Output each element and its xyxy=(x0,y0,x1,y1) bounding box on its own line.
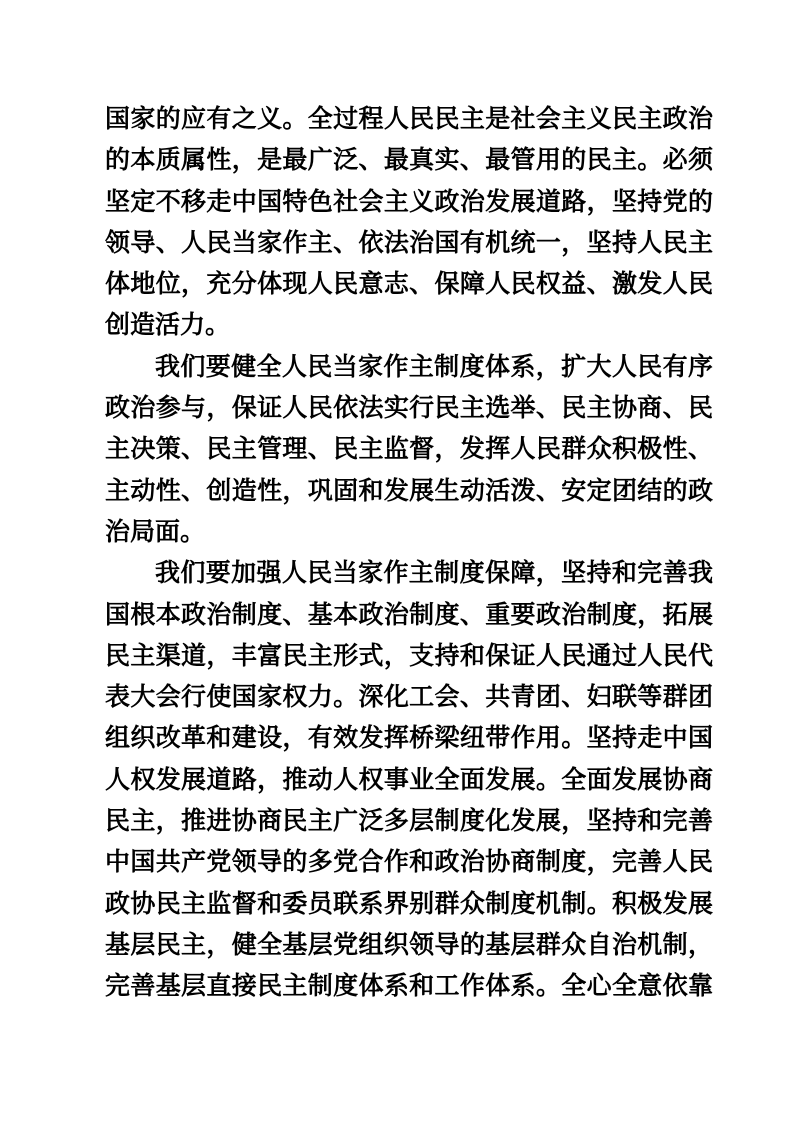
document-text-block: 国家的应有之义。全过程人民民主是社会主义民主政治 的本质属性，是最广泛、最真实、… xyxy=(105,99,713,1008)
text-line: 主动性、创造性，巩固和发展生动活泼、安定团结的政 xyxy=(105,471,713,512)
text-line: 国根本政治制度、基本政治制度、重要政治制度，拓展 xyxy=(105,595,713,636)
text-line: 治局面。 xyxy=(105,512,713,553)
text-line: 国家的应有之义。全过程人民民主是社会主义民主政治 xyxy=(105,99,713,140)
text-line: 民主，推进协商民主广泛多层制度化发展，坚持和完善 xyxy=(105,801,713,842)
text-line: 创造活力。 xyxy=(105,305,713,346)
paragraph: 我们要健全人民当家作主制度体系，扩大人民有序 政治参与，保证人民依法实行民主选举… xyxy=(105,347,713,553)
text-line: 基层民主，健全基层党组织领导的基层群众自治机制， xyxy=(105,925,713,966)
text-line: 的本质属性，是最广泛、最真实、最管用的民主。必须 xyxy=(105,140,713,181)
text-line: 民主渠道，丰富民主形式，支持和保证人民通过人民代 xyxy=(105,636,713,677)
text-line: 坚定不移走中国特色社会主义政治发展道路，坚持党的 xyxy=(105,182,713,223)
text-line: 完善基层直接民主制度体系和工作体系。全心全意依靠 xyxy=(105,966,713,1007)
text-line: 政治参与，保证人民依法实行民主选举、民主协商、民 xyxy=(105,388,713,429)
text-line: 政协民主监督和委员联系界别群众制度机制。积极发展 xyxy=(105,884,713,925)
text-line: 中国共产党领导的多党合作和政治协商制度，完善人民 xyxy=(105,842,713,883)
paragraph: 国家的应有之义。全过程人民民主是社会主义民主政治 的本质属性，是最广泛、最真实、… xyxy=(105,99,713,347)
text-line: 组织改革和建设，有效发挥桥梁纽带作用。坚持走中国 xyxy=(105,718,713,759)
text-line: 领导、人民当家作主、依法治国有机统一，坚持人民主 xyxy=(105,223,713,264)
text-line: 我们要加强人民当家作主制度保障，坚持和完善我 xyxy=(105,553,713,594)
text-line: 表大会行使国家权力。深化工会、共青团、妇联等群团 xyxy=(105,677,713,718)
paragraph: 我们要加强人民当家作主制度保障，坚持和完善我 国根本政治制度、基本政治制度、重要… xyxy=(105,553,713,1007)
text-line: 我们要健全人民当家作主制度体系，扩大人民有序 xyxy=(105,347,713,388)
text-line: 体地位，充分体现人民意志、保障人民权益、激发人民 xyxy=(105,264,713,305)
document-page: 国家的应有之义。全过程人民民主是社会主义民主政治 的本质属性，是最广泛、最真实、… xyxy=(0,0,793,1122)
text-line: 主决策、民主管理、民主监督，发挥人民群众积极性、 xyxy=(105,429,713,470)
text-line: 人权发展道路，推动人权事业全面发展。全面发展协商 xyxy=(105,760,713,801)
